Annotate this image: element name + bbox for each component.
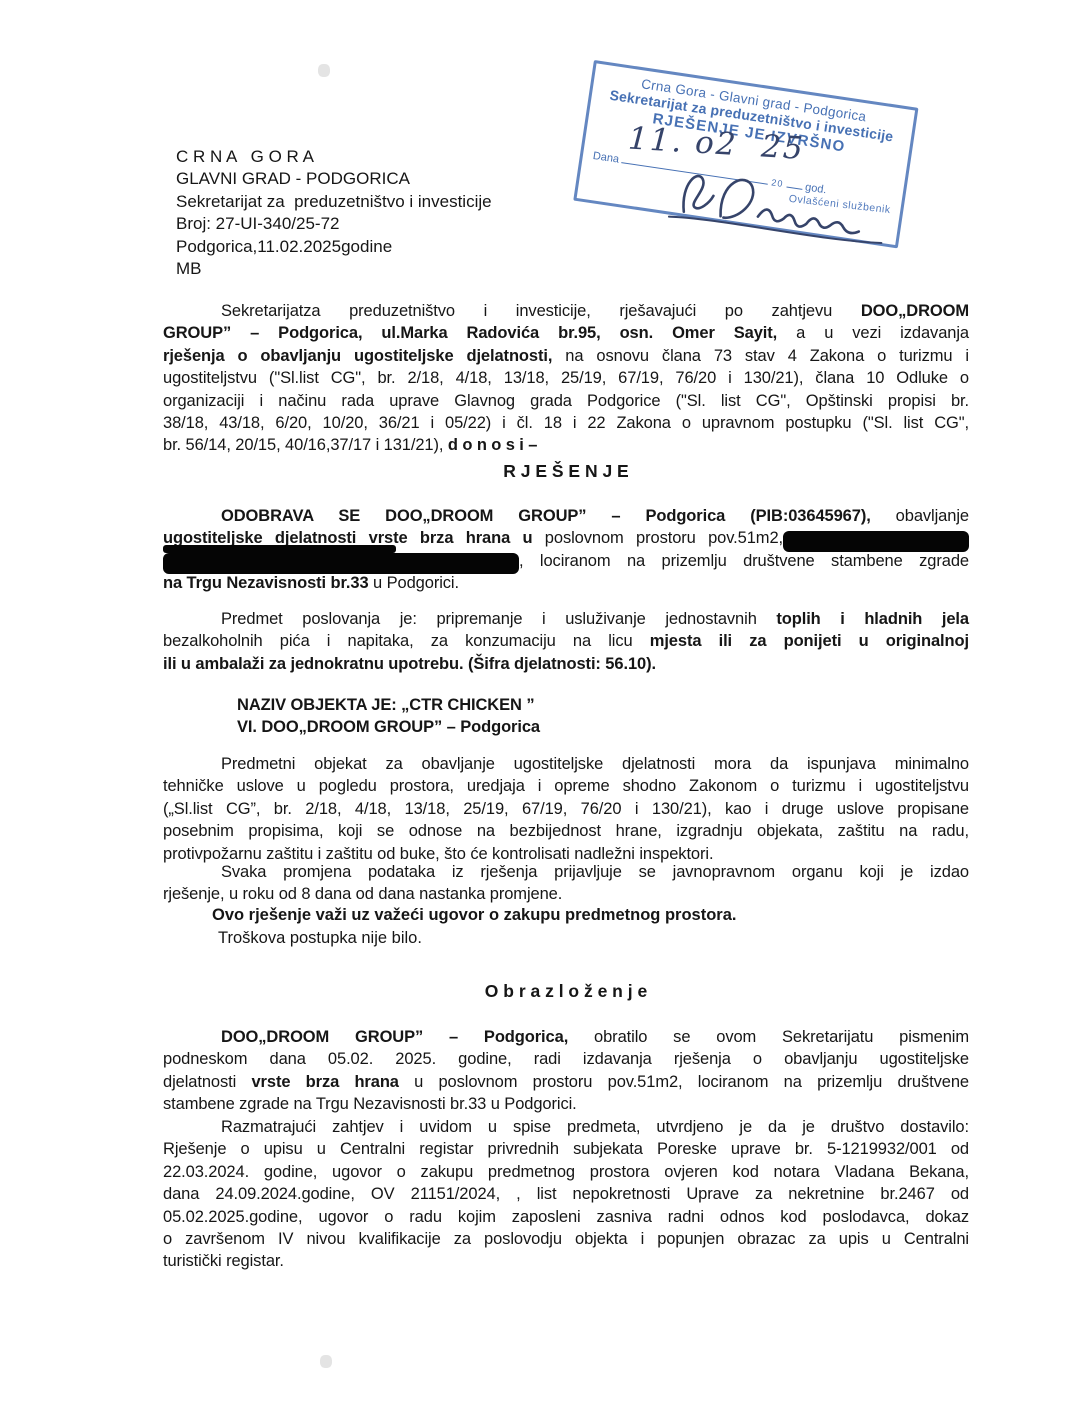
text-segment: djelatnosti [163, 1073, 251, 1091]
text-segment: Predmetni objekat za obavljanje ugostite… [221, 755, 969, 773]
text-segment: o završenom IV nivou kvalifikacije za po… [163, 1230, 969, 1248]
text-segment: VI. DOO„DROOM GROUP” – Podgorica [237, 718, 540, 736]
text-line: Rješenje o upisu u Centralni registar pr… [163, 1138, 969, 1160]
text-line: Podgorica,11.02.2025godine [176, 236, 492, 258]
business-subject-paragraph: Predmet poslovanja je: pripremanje i usl… [163, 608, 969, 675]
text-line: rješenje, u roku od 8 dana od dana nasta… [163, 883, 969, 905]
text-segment: toplih i hladnih jela [776, 610, 969, 628]
text-line: organizaciji i načinu rada uprave Glavno… [163, 390, 969, 412]
text-segment: d o n o s i – [448, 436, 537, 454]
conditions-paragraph: Predmetni objekat za obavljanje ugostite… [163, 753, 969, 865]
text-line: MB [176, 258, 492, 280]
text-segment: Predmet poslovanja je: pripremanje i usl… [221, 610, 776, 628]
text-segment: u poslovnom prostoru pov.51m2, lociranom… [399, 1073, 969, 1091]
decision-title: R J E Š E N J E [163, 461, 969, 482]
explanation-title: O b r a z l o ž e n j e [163, 981, 969, 1002]
facility-name-block: NAZIV OBJEKTA JE: „CTR CHICKEN ”VI. DOO„… [237, 694, 540, 739]
text-segment: 05.02.2025.godine, ugovor o radu kojim z… [163, 1208, 969, 1226]
text-line: na Trgu Nezavisnosti br.33 u Podgorici. [163, 572, 969, 594]
text-segment: na osnovu člana 73 stav 4 Zakona o turiz… [552, 347, 969, 365]
text-segment: 22.03.2024. godine, ugovor o zakupu pred… [163, 1163, 969, 1181]
text-line: br. 56/14, 20/15, 40/16,37/17 i 131/21),… [163, 434, 969, 456]
text-line: 05.02.2025.godine, ugovor o radu kojim z… [163, 1206, 969, 1228]
text-segment: stambene zgrade na Trgu Nezavisnosti br.… [163, 1095, 577, 1113]
text-line: Sekretarijat za preduzetništvo i investi… [176, 191, 492, 213]
text-segment: GLAVNI GRAD - PODGORICA [176, 169, 410, 188]
text-segment: vrste brza hrana [251, 1073, 398, 1091]
text-line: djelatnosti vrste brza hrana u poslovnom… [163, 1071, 969, 1093]
text-line: ugostiteljstvu ("Sl.list CG", br. 2/18, … [163, 367, 969, 389]
text-segment: podneskom dana 05.02. 2025. godine, radi… [163, 1050, 969, 1068]
text-line: Broj: 27-UI-340/25-72 [176, 213, 492, 235]
text-line: Predmetni objekat za obavljanje ugostite… [163, 753, 969, 775]
text-segment: ODOBRAVA SE DOO„DROOM GROUP” – Podgorica… [221, 507, 871, 525]
executed-stamp: Crna Gora - Glavni grad - Podgorica Sekr… [573, 60, 918, 248]
text-segment: NAZIV OBJEKTA JE: „CTR CHICKEN ” [237, 696, 534, 714]
text-segment: 38/18, 43/18, 6/20, 10/20, 36/21 i 05/22… [163, 414, 969, 432]
text-segment: rješenje, u roku od 8 dana od dana nasta… [163, 885, 562, 903]
text-line: , lociranom na prizemlju društvene stamb… [163, 550, 969, 572]
redaction-strip [163, 545, 396, 553]
text-line: tehničke uslove u pogledu prostora, ured… [163, 775, 969, 797]
text-line: rješenja o obavljanju ugostiteljske djel… [163, 345, 969, 367]
issuer-header: C R N A G O R AGLAVNI GRAD - PODGORICASe… [176, 146, 492, 280]
document-page: C R N A G O R AGLAVNI GRAD - PODGORICASe… [0, 0, 1088, 1408]
scan-artifact [320, 1355, 332, 1368]
text-line: Svaka promjena podataka iz rješenja prij… [163, 861, 969, 883]
scan-artifact [318, 64, 330, 77]
text-line: stambene zgrade na Trgu Nezavisnosti br.… [163, 1093, 969, 1115]
text-segment: („Sl.list CG”, br. 2/18, 4/18, 13/18, 25… [163, 800, 969, 818]
text-line: („Sl.list CG”, br. 2/18, 4/18, 13/18, 25… [163, 798, 969, 820]
change-notice-paragraph: Svaka promjena podataka iz rješenja prij… [163, 861, 969, 906]
text-line: Sekretarijatza preduzetništvo i investic… [163, 300, 969, 322]
text-segment: tehničke uslove u pogledu prostora, ured… [163, 777, 969, 795]
text-segment: Sekretarijat za preduzetništvo i investi… [176, 192, 492, 211]
text-line: NAZIV OBJEKTA JE: „CTR CHICKEN ” [237, 694, 540, 716]
text-segment: turistički registar. [163, 1252, 284, 1270]
text-segment: C R N A G O R A [176, 147, 314, 166]
signature [662, 159, 895, 255]
text-segment: rješenja o obavljanju ugostiteljske djel… [163, 347, 552, 365]
text-segment: DOO„DROOM GROUP” – Podgorica, [221, 1028, 568, 1046]
text-segment: Broj: 27-UI-340/25-72 [176, 214, 339, 233]
text-segment: Podgorica,11.02.2025godine [176, 237, 392, 256]
validity-line: Ovo rješenje važi uz važeći ugovor o zak… [212, 906, 736, 925]
stamp-date-label: Dana [592, 150, 620, 166]
text-line: podneskom dana 05.02. 2025. godine, radi… [163, 1048, 969, 1070]
text-segment: Rješenje o upisu u Centralni registar pr… [163, 1140, 969, 1158]
explanation-paragraph-1: DOO„DROOM GROUP” – Podgorica, obratilo s… [163, 1026, 969, 1116]
text-line: ODOBRAVA SE DOO„DROOM GROUP” – Podgorica… [163, 505, 969, 527]
text-line: 22.03.2024. godine, ugovor o zakupu pred… [163, 1161, 969, 1183]
text-segment: u Podgorici. [369, 574, 459, 592]
text-segment: a u vezi izdavanja [777, 324, 969, 342]
text-segment: bezalkoholnih pića i napitaka, za konzum… [163, 632, 650, 650]
text-segment: na Trgu Nezavisnosti br.33 [163, 574, 369, 592]
text-line: VI. DOO„DROOM GROUP” – Podgorica [237, 716, 540, 738]
text-segment: GROUP” – Podgorica, ul.Marka Radovića br… [163, 324, 777, 342]
text-line: Predmet poslovanja je: pripremanje i usl… [163, 608, 969, 630]
text-segment: posebnim propisima, koji se odnose na be… [163, 822, 969, 840]
text-segment: ili u ambalaži za jednokratnu upotrebu. … [163, 655, 656, 673]
text-line: o završenom IV nivou kvalifikacije za po… [163, 1228, 969, 1250]
text-segment: Svaka promjena podataka iz rješenja prij… [221, 863, 969, 881]
text-segment: obratilo se ovom Sekretarijatu pismenim [568, 1028, 969, 1046]
text-segment: DOO„DROOM [861, 302, 969, 320]
text-segment: poslovnom prostoru pov.51m2, [532, 529, 783, 547]
redaction-bar [783, 531, 969, 552]
text-segment: br. 56/14, 20/15, 40/16,37/17 i 131/21), [163, 436, 448, 454]
text-segment: organizaciji i načinu rada uprave Glavno… [163, 392, 969, 410]
redaction-bar [163, 553, 519, 574]
text-line: turistički registar. [163, 1250, 969, 1272]
text-line: bezalkoholnih pića i napitaka, za konzum… [163, 630, 969, 652]
text-line: DOO„DROOM GROUP” – Podgorica, obratilo s… [163, 1026, 969, 1048]
text-line: ili u ambalaži za jednokratnu upotrebu. … [163, 653, 969, 675]
text-line: 38/18, 43/18, 6/20, 10/20, 36/21 i 05/22… [163, 412, 969, 434]
text-segment: obavljanje [871, 507, 969, 525]
text-segment: ugostiteljstvu ("Sl.list CG", br. 2/18, … [163, 369, 969, 387]
text-line: posebnim propisima, koji se odnose na be… [163, 820, 969, 842]
text-line: Razmatrajući zahtjev i uvidom u spise pr… [163, 1116, 969, 1138]
text-line: C R N A G O R A [176, 146, 492, 168]
text-line: GLAVNI GRAD - PODGORICA [176, 168, 492, 190]
text-segment: Sekretarijatza preduzetništvo i investic… [221, 302, 861, 320]
text-segment: protivpožarnu zaštitu i zaštitu od buke,… [163, 845, 713, 863]
explanation-paragraph-2: Razmatrajući zahtjev i uvidom u spise pr… [163, 1116, 969, 1273]
text-segment: Razmatrajući zahtjev i uvidom u spise pr… [221, 1118, 969, 1136]
text-segment: MB [176, 259, 202, 278]
text-line: dana 24.09.2024.godine, OV 21151/2024, ,… [163, 1183, 969, 1205]
text-line: GROUP” – Podgorica, ul.Marka Radovića br… [163, 322, 969, 344]
intro-paragraph: Sekretarijatza preduzetništvo i investic… [163, 300, 969, 457]
text-segment: , lociranom na prizemlju društvene stamb… [519, 552, 969, 570]
costs-line: Troškova postupka nije bilo. [218, 929, 422, 948]
text-segment: mjesta ili za ponijeti u originalnoj [650, 632, 969, 650]
text-segment: dana 24.09.2024.godine, OV 21151/2024, ,… [163, 1185, 969, 1203]
